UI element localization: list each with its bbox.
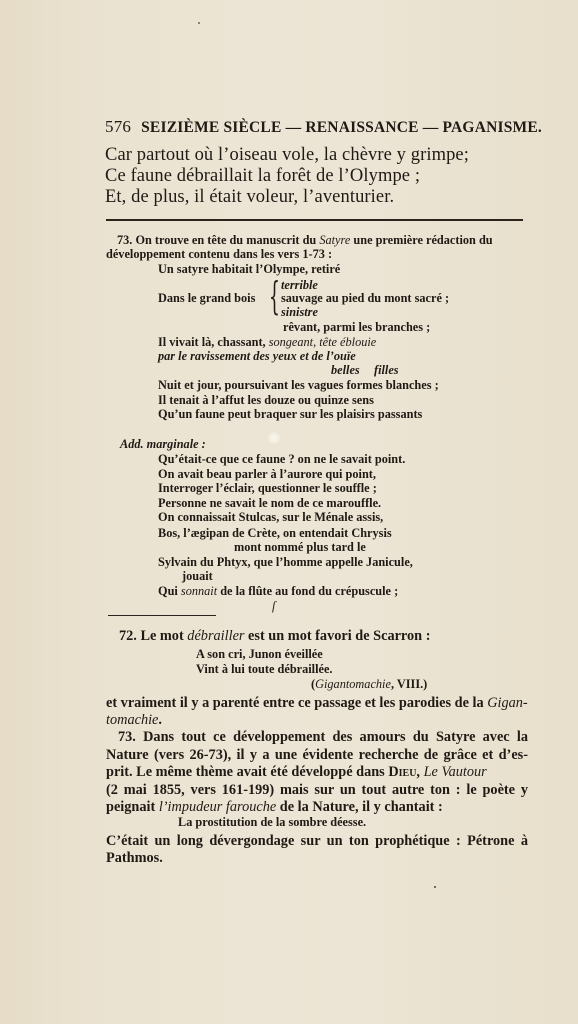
footnote-73-intro-2: développement contenu dans les vers 1-73… <box>106 248 332 260</box>
marginal-label: Add. marginale : <box>120 438 206 450</box>
marginal-line: On avait beau parler à l’aurore qui poin… <box>158 468 376 480</box>
text: . <box>158 712 162 728</box>
footnote-73-intro: 73. On trouve en tête du manuscrit du Sa… <box>117 234 493 246</box>
note-72: 72. Le mot débrailler est un mot favori … <box>119 629 430 643</box>
paragraph-line: et vraiment il y a parenté entre ce pass… <box>106 696 528 710</box>
marginal-line: Bos, l’ægipan de Crète, on entendait Chr… <box>158 527 392 539</box>
work-title: Satyre <box>319 233 350 247</box>
variant-filles: filles <box>374 364 399 376</box>
marginal-line: On connaissait Stulcas, sur le Ménale as… <box>158 511 383 523</box>
marginal-line: Qui sonnait de la flûte au fond du crépu… <box>158 585 398 597</box>
work-title: tomachie <box>106 712 158 728</box>
stray-mark: ſ <box>272 600 275 612</box>
marginal-variant-mont: mont nommé plus tard le <box>234 541 366 553</box>
italic-text: songeant, tête éblouie <box>269 335 377 349</box>
glare-spot <box>268 432 280 444</box>
quote-line: Vint à lui toute débraillée. <box>196 663 333 675</box>
variant-belles: belles <box>331 364 360 376</box>
paragraph-line: prit. Le même thème avait été développé … <box>106 765 528 779</box>
quote-source: (Gigantomachie, VIII.) <box>311 678 427 690</box>
draft-line: Il vivait là, chassant, songeant, tête é… <box>158 336 376 348</box>
work-title: Gigantomachie <box>315 677 391 691</box>
marginal-line: Sylvain du Phtyx, que l’homme appelle Ja… <box>158 556 413 568</box>
paragraph-line: C’était un long dévergondage sur un ton … <box>106 834 528 848</box>
marginal-variant-jouait: jouait <box>182 570 213 582</box>
verse-line: Ce faune débraillait la forêt de l’Olymp… <box>105 167 420 186</box>
text: 72. Le mot <box>119 628 187 644</box>
italic-text: Gigan- <box>487 695 528 711</box>
paragraph-line: 73. Dans tout ce développement des amour… <box>118 730 528 744</box>
text: , VIII.) <box>391 677 427 691</box>
work-title-smallcaps: Dieu <box>388 764 416 780</box>
page-number: 576 <box>105 117 131 136</box>
draft-line: Il tenait à l’affut les douze ou quinze … <box>158 394 374 406</box>
quote-line: La prostitution de la sombre déesse. <box>178 816 366 828</box>
marginal-line: Qu’était-ce que ce faune ? on ne le sava… <box>158 453 405 465</box>
italic-text: sonnait <box>181 584 217 598</box>
text: 73. On trouve en tête du manuscrit du <box>117 233 319 247</box>
text: peignait <box>106 799 159 815</box>
draft-line: par le ravissement des yeux et de l’ouïe <box>158 350 356 362</box>
text: prit. Le même thème avait été développé … <box>106 764 388 780</box>
text: Qui <box>158 584 181 598</box>
text: et vraiment il y a parenté entre ce pass… <box>106 695 487 711</box>
variant-top: terrible <box>281 279 318 291</box>
paragraph-line: Nature (vers 26-73), il y a une évidente… <box>106 748 528 762</box>
variant-bottom: sinistre <box>281 306 318 318</box>
paragraph-line: peignait l’impudeur farouche de la Natur… <box>106 800 443 814</box>
paragraph-line: (2 mai 1855, vers 161-199) mais sur un t… <box>106 783 528 797</box>
text: Il vivait là, chassant, <box>158 335 269 349</box>
marginal-line: Personne ne savait le nom de ce marouffl… <box>158 497 381 509</box>
section-rule <box>106 219 523 221</box>
paragraph-line: Pathmos. <box>106 851 163 865</box>
draft-line: Nuit et jour, poursuivant les vagues for… <box>158 379 439 391</box>
draft-line: Qu’un faune peut braquer sur les plaisir… <box>158 408 422 420</box>
running-title: SEIZIÈME SIÈCLE — RENAISSANCE — PAGANISM… <box>141 119 542 136</box>
draft-line: Un satyre habitait l’Olympe, retiré <box>158 263 340 275</box>
text: , <box>416 764 423 780</box>
verse-line: Et, de plus, il était voleur, l’aventuri… <box>105 188 394 207</box>
text: une première rédaction du <box>350 233 492 247</box>
italic-word: débrailler <box>187 628 244 644</box>
paper-speck <box>434 886 436 888</box>
note-rule <box>108 615 216 616</box>
work-title: Le Vautour <box>424 764 487 780</box>
text: de la Nature, il y chantait : <box>276 799 443 815</box>
text: est un mot favori de Scarron : <box>244 628 430 644</box>
variant-brace: { <box>269 277 280 315</box>
running-header: 576SEIZIÈME SIÈCLE — RENAISSANCE — PAGAN… <box>105 118 529 136</box>
draft-line-dans: Dans le grand bois <box>158 292 255 304</box>
italic-text: l’impudeur farouche <box>159 799 276 815</box>
text: de la flûte au fond du crépuscule ; <box>217 584 398 598</box>
verse-line: Car partout où l’oiseau vole, la chèvre … <box>105 146 469 165</box>
quote-line: A son cri, Junon éveillée <box>196 648 323 660</box>
draft-line: rêvant, parmi les branches ; <box>283 321 430 333</box>
paragraph-line: tomachie. <box>106 713 162 727</box>
book-page: 576SEIZIÈME SIÈCLE — RENAISSANCE — PAGAN… <box>0 0 578 1024</box>
paper-speck <box>198 22 200 24</box>
marginal-line: Interroger l’éclair, questionner le souf… <box>158 482 377 494</box>
draft-line-dans-rest: sauvage au pied du mont sacré ; <box>281 292 449 304</box>
